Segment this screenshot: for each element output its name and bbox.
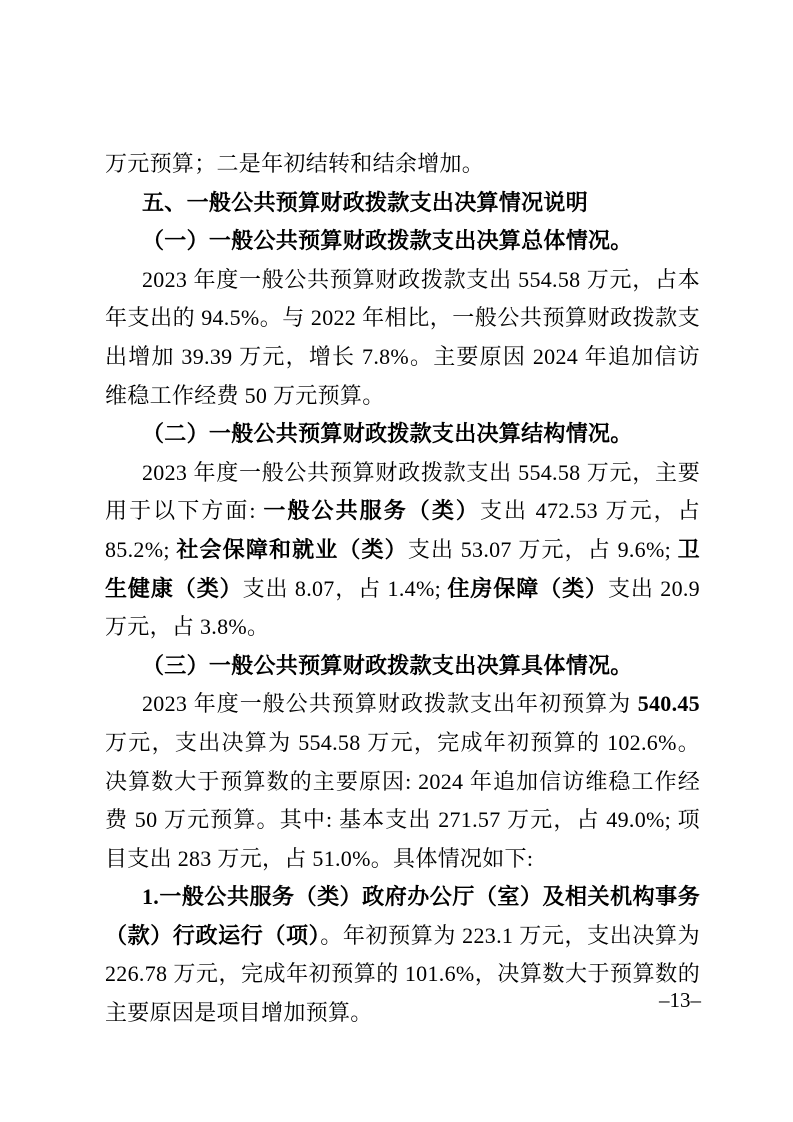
emphasis-term: 五、一般公共预算财政拨款支出决算情况说明	[142, 190, 588, 215]
text-run: 支出 8.07，占 1.4%;	[243, 576, 448, 601]
emphasis-term: （二）一般公共预算财政拨款支出决算结构情况。	[142, 421, 633, 446]
body-paragraph: 1.一般公共服务（类）政府办公厅（室）及相关机构事务（款）行政运行（项）。年初预…	[105, 878, 700, 1032]
text-run: 1.	[142, 884, 159, 909]
document-content: 万元预算；二是年初结转和结余增加。五、一般公共预算财政拨款支出决算情况说明（一）…	[105, 145, 700, 1033]
text-run: 万元，支出决算为 554.58 万元，完成年初预算的 102.6%。决算数大于预…	[105, 730, 700, 871]
section-heading: 五、一般公共预算财政拨款支出决算情况说明	[105, 184, 700, 223]
body-paragraph: 2023 年度一般公共预算财政拨款支出 554.58 万元，主要用于以下方面: …	[105, 454, 700, 647]
emphasis-term: 住房保障（类）	[447, 576, 608, 601]
page-number: –13–	[659, 988, 701, 1012]
emphasis-term: 社会保障和就业（类）	[176, 537, 407, 562]
section-heading: （二）一般公共预算财政拨款支出决算结构情况。	[105, 415, 700, 454]
text-run: 2023 年度一般公共预算财政拨款支出 554.58 万元，占本年支出的 94.…	[105, 267, 700, 408]
text-run: 支出 53.07 万元，占 9.6%;	[408, 537, 678, 562]
emphasis-term: 一般公共服务（类）	[263, 498, 480, 523]
emphasis-term: （一）一般公共预算财政拨款支出决算总体情况。	[142, 228, 633, 253]
body-paragraph: 2023 年度一般公共预算财政拨款支出年初预算为 540.45 万元，支出决算为…	[105, 685, 700, 878]
text-run: 540.45	[638, 691, 700, 716]
document-page: 万元预算；二是年初结转和结余增加。五、一般公共预算财政拨款支出决算情况说明（一）…	[0, 0, 793, 1122]
text-run: 2023 年度一般公共预算财政拨款支出年初预算为	[142, 691, 638, 716]
body-paragraph: 2023 年度一般公共预算财政拨款支出 554.58 万元，占本年支出的 94.…	[105, 261, 700, 415]
section-heading: （三）一般公共预算财政拨款支出决算具体情况。	[105, 647, 700, 686]
section-heading: （一）一般公共预算财政拨款支出决算总体情况。	[105, 222, 700, 261]
body-paragraph: 万元预算；二是年初结转和结余增加。	[105, 145, 700, 184]
emphasis-term: （三）一般公共预算财政拨款支出决算具体情况。	[142, 653, 633, 678]
text-run: 万元预算；二是年初结转和结余增加。	[105, 151, 484, 176]
